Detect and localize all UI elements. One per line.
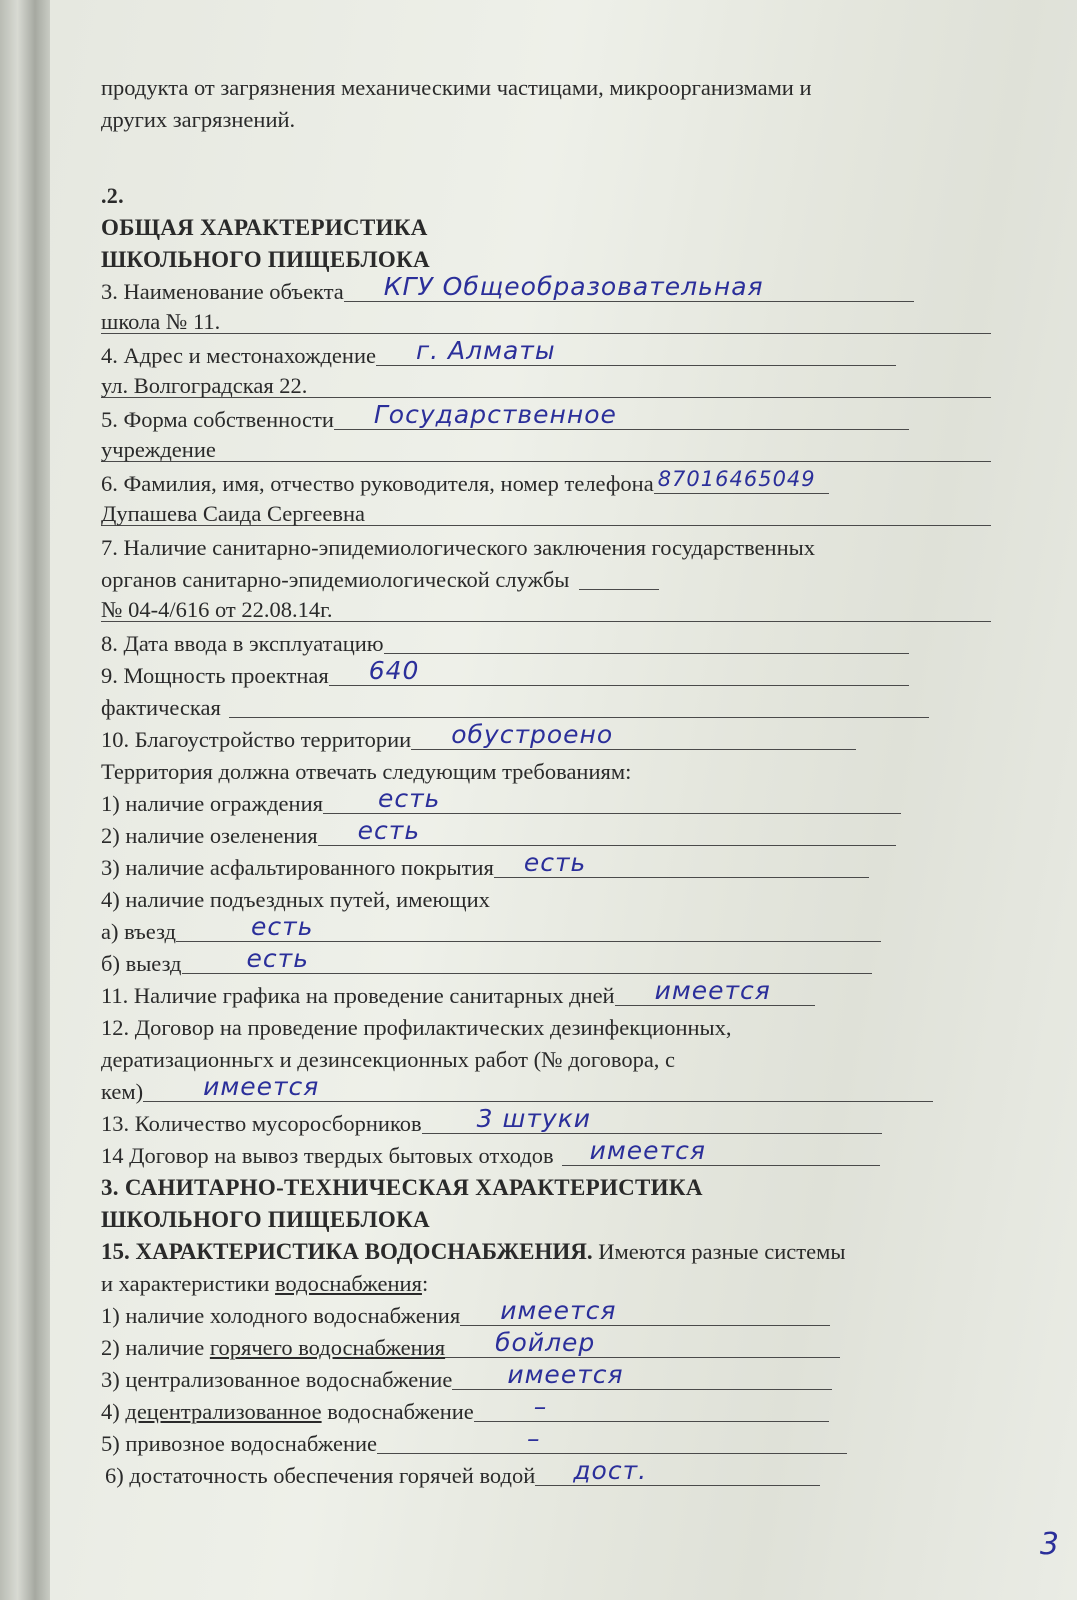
handwritten-value: 87016465049 — [658, 463, 816, 495]
underlined-text: водоснабжения — [275, 1271, 422, 1296]
field-input[interactable]: г. Алматы — [376, 341, 896, 366]
field-label: 9. Мощность проектная — [101, 660, 329, 692]
field-territory-improvement: 10. Благоустройство территории обустроен… — [101, 724, 1001, 756]
field-label: кем) — [101, 1076, 143, 1108]
field-label: 6) достаточность обеспечения горячей вод… — [101, 1460, 535, 1492]
handwritten-value: есть — [378, 783, 440, 815]
field-input[interactable]: есть — [176, 917, 881, 942]
intro-line-1: продукта от загрязнения механическими ча… — [101, 72, 1001, 104]
field-input[interactable]: есть — [318, 821, 896, 846]
field-label: 5) привозное водоснабжение — [101, 1428, 377, 1460]
field-sanitary-conclusion: органов санитарно-эпидемиологической слу… — [101, 564, 1001, 596]
field-label: 3) наличие асфальтированного покрытия — [101, 852, 494, 884]
handwritten-value: № 04-4/616 от 22.08.14г. — [101, 597, 332, 622]
handwritten-value: 3 штуки — [477, 1103, 591, 1135]
field-object-name: 3. Наименование объекта КГУ Общеобразова… — [101, 276, 1001, 308]
handwritten-value: обустроено — [451, 719, 613, 751]
handwritten-value: Дупашева Саида Сергеевна — [101, 501, 365, 526]
field-entry: а) въезд есть — [101, 916, 1001, 948]
field-label: 10. Благоустройство территории — [101, 724, 411, 756]
field-label: 11. Наличие графика на проведение санита… — [101, 980, 615, 1012]
handwritten-value: дост. — [573, 1455, 647, 1487]
field-label: б) выезд — [101, 948, 182, 980]
section-3-title-1: 3. САНИТАРНО-ТЕХНИЧЕСКАЯ ХАРАКТЕРИСТИКА — [101, 1172, 1001, 1204]
water-supply-text: Имеются разные системы — [593, 1239, 846, 1264]
field-input[interactable]: КГУ Общеобразовательная — [344, 277, 914, 302]
water-supply-title: 15. ХАРАКТЕРИСТИКА ВОДОСНАБЖЕНИЯ. — [101, 1239, 593, 1264]
field-label: 12. Договор на проведение профилактическ… — [101, 1012, 1001, 1044]
field-label: 13. Количество мусоросборников — [101, 1108, 422, 1140]
field-input[interactable] — [229, 693, 929, 718]
field-input[interactable]: 640 — [329, 661, 909, 686]
handwritten-value: бойлер — [495, 1327, 595, 1359]
field-input[interactable]: обустроено — [411, 725, 856, 750]
field-waste-contract: 14 Договор на вывоз твердых бытовых отхо… — [101, 1140, 1001, 1172]
field-design-capacity: 9. Мощность проектная 640 — [101, 660, 1001, 692]
field-label: органов санитарно-эпидемиологической слу… — [101, 564, 569, 596]
field-input[interactable]: – — [474, 1397, 829, 1422]
form-page: продукта от загрязнения механическими ча… — [50, 0, 1077, 1600]
handwritten-value: имеется — [507, 1359, 623, 1391]
underlined-text: децентрализованное — [125, 1399, 321, 1424]
handwritten-value: имеется — [500, 1295, 616, 1327]
handwritten-value: есть — [524, 847, 586, 879]
binder-edge — [0, 0, 50, 1600]
field-sanitary-days: 11. Наличие графика на проведение санита… — [101, 980, 1001, 1012]
handwritten-value: есть — [247, 943, 309, 975]
field-input[interactable]: имеется — [452, 1365, 832, 1390]
field-input[interactable]: имеется — [143, 1077, 933, 1102]
section-3-title-2: ШКОЛЬНОГО ПИЩЕБЛОКА — [101, 1204, 1001, 1236]
field-label: 2) наличие озеленения — [101, 820, 318, 852]
field-delivered-water: 5) привозное водоснабжение – — [101, 1428, 1001, 1460]
field-commissioning-date: 8. Дата ввода в эксплуатацию — [101, 628, 1001, 660]
field-input[interactable]: 87016465049 — [654, 469, 829, 494]
handwritten-value: Государственное — [374, 399, 617, 431]
field-bins-count: 13. Количество мусоросборников 3 штуки — [101, 1108, 1001, 1140]
handwritten-value: – — [527, 1423, 541, 1455]
section-2-title-1: ОБЩАЯ ХАРАКТЕРИСТИКА — [101, 212, 1001, 244]
field-label: фактическая — [101, 692, 221, 724]
field-label: 1) наличие ограждения — [101, 788, 323, 820]
field-label: 14 Договор на вывоз твердых бытовых отхо… — [101, 1140, 554, 1172]
field-central-water: 3) централизованное водоснабжение имеетс… — [101, 1364, 1001, 1396]
field-director-cont[interactable]: Дупашева Саида Сергеевна — [101, 500, 1001, 532]
field-label: а) въезд — [101, 916, 176, 948]
field-label: 6. Фамилия, имя, отчество руководителя, … — [101, 468, 654, 500]
field-label: 7. Наличие санитарно-эпидемиологического… — [101, 532, 1001, 564]
field-hot-water-sufficiency: 6) достаточность обеспечения горячей вод… — [101, 1460, 1001, 1492]
field-input[interactable]: Государственное — [334, 405, 909, 430]
handwritten-value: есть — [251, 911, 313, 943]
field-input[interactable]: есть — [494, 853, 869, 878]
handwritten-value: имеется — [655, 975, 771, 1007]
handwritten-value: ул. Волгоградская 22. — [101, 373, 307, 398]
field-input[interactable]: имеется — [460, 1301, 830, 1326]
handwritten-value: есть — [358, 815, 420, 847]
field-label: 2) наличие горячего водоснабжения — [101, 1332, 445, 1364]
field-label: 3) централизованное водоснабжение — [101, 1364, 452, 1396]
field-input[interactable]: бойлер — [445, 1333, 840, 1358]
territory-requirements: Территория должна отвечать следующим тре… — [101, 756, 1001, 788]
field-exit: б) выезд есть — [101, 948, 1001, 980]
field-decentral-water: 4) децентрализованное водоснабжение – — [101, 1396, 1001, 1428]
field-input[interactable]: 3 штуки — [422, 1109, 882, 1134]
field-ownership-cont[interactable]: учреждение — [101, 436, 1001, 468]
field-sanitary-conclusion-cont[interactable]: № 04-4/616 от 22.08.14г. — [101, 596, 1001, 628]
text: водоснабжение — [322, 1399, 474, 1424]
text: : — [422, 1271, 428, 1296]
field-input[interactable] — [384, 629, 909, 654]
handwritten-value: имеется — [590, 1135, 706, 1167]
handwritten-value: КГУ Общеобразовательная — [384, 271, 764, 303]
field-label: 5. Форма собственности — [101, 404, 334, 436]
field-address: 4. Адрес и местонахождение г. Алматы — [101, 340, 1001, 372]
field-input[interactable]: имеется — [562, 1141, 880, 1166]
field-label: 4. Адрес и местонахождение — [101, 340, 376, 372]
field-label: 4) децентрализованное водоснабжение — [101, 1396, 474, 1428]
field-ownership: 5. Форма собственности Государственное — [101, 404, 1001, 436]
section-2-number: .2. — [101, 180, 1001, 212]
text: и характеристики — [101, 1271, 275, 1296]
handwritten-value: учреждение — [101, 437, 216, 462]
field-label: 3. Наименование объекта — [101, 276, 344, 308]
field-input[interactable] — [579, 565, 659, 590]
field-input[interactable]: – — [377, 1429, 847, 1454]
text: 4) — [101, 1399, 125, 1424]
underlined-text: горячего водоснабжения — [210, 1335, 445, 1360]
text: 2) наличие — [101, 1335, 210, 1360]
intro-line-2: других загрязнений. — [101, 104, 1001, 136]
page-number: 3 — [1040, 1527, 1059, 1562]
handwritten-value: г. Алматы — [416, 335, 556, 367]
field-input[interactable]: имеется — [615, 981, 815, 1006]
handwritten-value: 640 — [369, 655, 420, 687]
field-input[interactable]: есть — [323, 789, 901, 814]
field-label: 1) наличие холодного водоснабжения — [101, 1300, 460, 1332]
handwritten-value: имеется — [203, 1071, 319, 1103]
field-label: 4) наличие подъездных путей, имеющих — [101, 884, 1001, 916]
water-supply-heading: 15. ХАРАКТЕРИСТИКА ВОДОСНАБЖЕНИЯ. Имеютс… — [101, 1236, 1001, 1268]
field-input[interactable]: дост. — [535, 1461, 820, 1486]
form-content: продукта от загрязнения механическими ча… — [101, 72, 1001, 1492]
field-fence: 1) наличие ограждения есть — [101, 788, 1001, 820]
handwritten-value: школа № 11. — [101, 309, 220, 334]
handwritten-value: – — [534, 1391, 548, 1423]
field-input[interactable]: есть — [182, 949, 872, 974]
field-label: 8. Дата ввода в эксплуатацию — [101, 628, 384, 660]
field-director: 6. Фамилия, имя, отчество руководителя, … — [101, 468, 1001, 500]
field-asphalt: 3) наличие асфальтированного покрытия ес… — [101, 852, 1001, 884]
